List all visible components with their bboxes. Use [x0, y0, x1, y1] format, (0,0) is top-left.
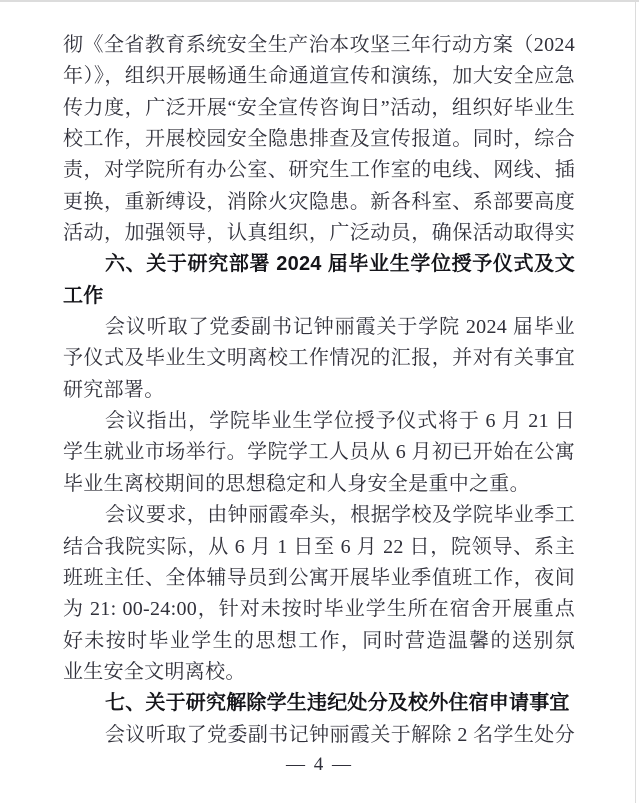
body-line: 予仪式及毕业生文明离校工作情况的汇报，并对有关事宜进行了 [63, 343, 575, 374]
body-line: 彻《全省教育系统安全生产治本攻坚三年行动方案（2024—2026 [63, 30, 575, 61]
document-body: 彻《全省教育系统安全生产治本攻坚三年行动方案（2024—2026 年）》，组织开… [63, 30, 575, 751]
section-heading-six-line1: 六、关于研究部署 2024 届毕业生学位授予仪式及文明离校等 [63, 249, 575, 280]
body-line: 研究部署。 [63, 375, 575, 406]
section-heading-seven: 七、关于研究解除学生违纪处分及校外住宿申请事宜 [63, 688, 575, 719]
section-heading-six-line2: 工作 [63, 281, 575, 312]
body-line: 会议指出，学院毕业生学位授予仪式将于 6 月 21 日下午在大 [63, 406, 575, 437]
scan-right-edge-line [635, 2, 636, 803]
body-line: 学生就业市场举行。学院学工人员从 6 月初已开始在公寓值班， [63, 437, 575, 468]
document-page: 彻《全省教育系统安全生产治本攻坚三年行动方案（2024—2026 年）》，组织开… [0, 0, 639, 803]
body-line: 年）》，组织开展畅通生命通道宣传和演练，加大安全应急科普宣 [63, 61, 575, 92]
body-line: 责，对学院所有办公室、研究生工作室的电线、网线、插排等进行 [63, 155, 575, 186]
body-line: 班班主任、全体辅导员到公寓开展毕业季值班工作，夜间值班时间 [63, 563, 575, 594]
body-line: 会议听取了党委副书记钟丽霞关于解除 2 名学生处分及 1 名 [63, 720, 575, 751]
body-line: 传力度，广泛开展“安全宣传咨询日”活动，组织好毕业生文明离 [63, 93, 575, 124]
body-line: 好未按时毕业学生的思想工作，同时营造温馨的送别氛围，确保毕 [63, 626, 575, 657]
page-number: — 4 — [0, 753, 639, 777]
body-line: 会议要求，由钟丽霞牵头，根据学校及学院毕业季工作安排， [63, 500, 575, 531]
body-line: 活动，加强领导，认真组织，广泛动员，确保活动取得实效。 [63, 218, 575, 249]
body-line: 为 21: 00-24:00，针对未按时毕业学生所在宿舍开展重点走访，做 [63, 594, 575, 625]
body-line: 业生安全文明离校。 [63, 657, 575, 688]
body-line: 毕业生离校期间的思想稳定和人身安全是重中之重。 [63, 469, 575, 500]
body-line: 结合我院实际，从 6 月 1 日至 6 月 22 日，院领导、系主任、毕业 [63, 532, 575, 563]
body-line: 更换，重新缚设，消除火灾隐患。新各科室、系部要高度重视此次 [63, 187, 575, 218]
body-line: 会议听取了党委副书记钟丽霞关于学院 2024 届毕业生学位授 [63, 312, 575, 343]
scan-top-edge-line [0, 0, 639, 2]
body-line: 校工作，开展校园安全隐患排查及宣传报道。同时，综合办公室负 [63, 124, 575, 155]
